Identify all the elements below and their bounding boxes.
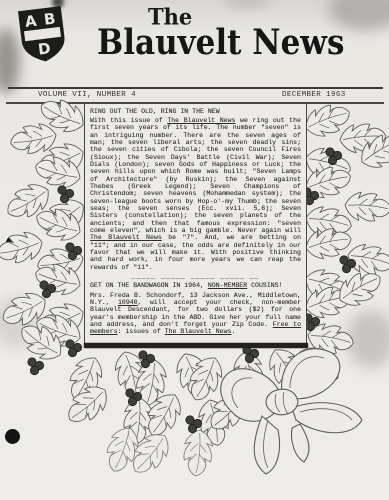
holly-right — [301, 99, 389, 357]
newsletter-page: A B D The Blauvelt News VOLUME VII, NUMB… — [0, 0, 389, 500]
article2-body: Mrs. Freda B. Schondorf, 13 Jackson Ave.… — [90, 292, 301, 336]
holly-left — [0, 93, 90, 367]
article1-headline: RING OUT THE OLD, RING IN THE NEW — [90, 108, 301, 115]
article-text-box: RING OUT THE OLD, RING IN THE NEW With t… — [84, 104, 307, 344]
section-divider: _____ _____ _____ _____ __ — [90, 273, 301, 280]
article2-headline: GET ON THE BANDWAGON IN 1964, NON-MEMBER… — [90, 282, 301, 289]
text-box-bottom-border — [84, 343, 308, 348]
article1-body: With this issue of The Blauvelt News we … — [90, 117, 301, 271]
